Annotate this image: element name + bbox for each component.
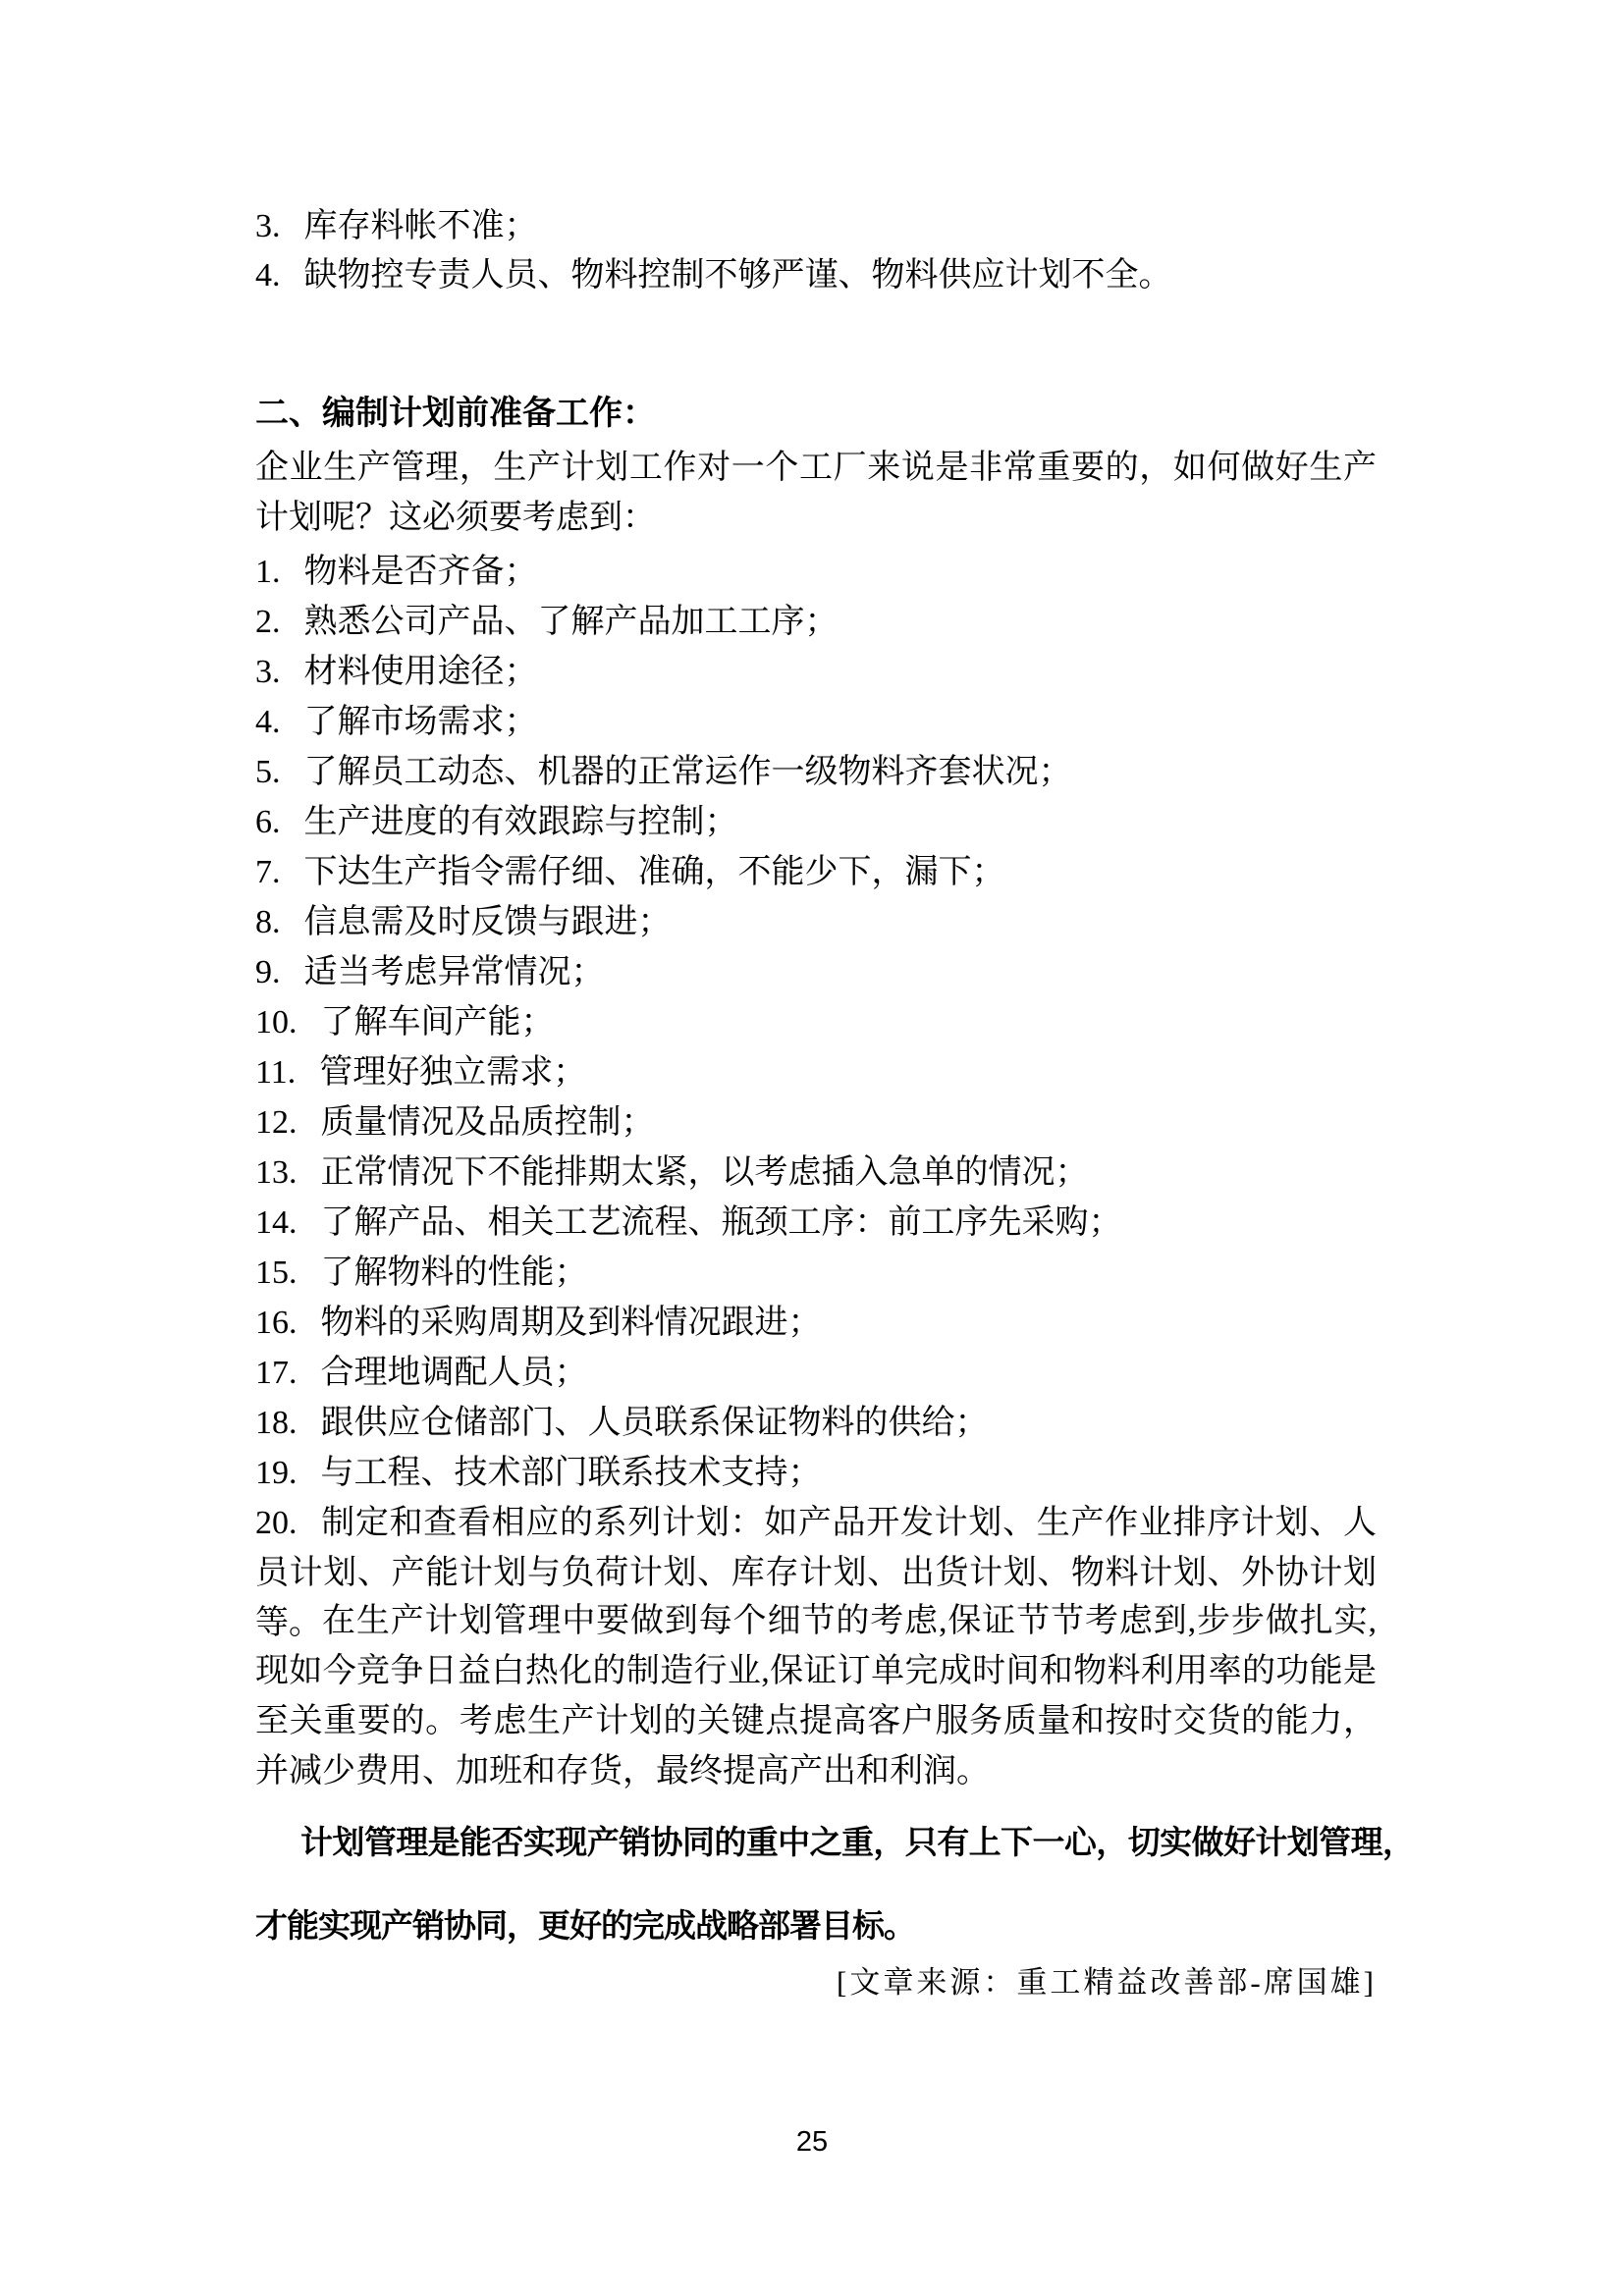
list-item-text: 材料使用途径； (304, 654, 538, 690)
list-item-text: 了解市场需求； (304, 704, 538, 740)
list-item-text: 了解车间产能； (321, 1004, 555, 1041)
list-item: 18.跟供应仓储部门、人员联系保证物料的供给； (255, 1398, 1377, 1448)
list-item: 4.缺物控专责人员、物料控制不够严谨、物料供应计划不全。 (255, 251, 1377, 300)
list-item-text: 了解员工动态、机器的正常运作一级物料齐套状况； (304, 754, 1072, 790)
list-item-number: 5. (255, 754, 281, 790)
list-item-number: 11. (255, 1054, 296, 1091)
list-item-text: 了解产品、相关工艺流程、瓶颈工序：前工序先采购； (321, 1204, 1122, 1241)
document-page: 3.库存料帐不准； 4.缺物控专责人员、物料控制不够严谨、物料供应计划不全。 二… (0, 0, 1624, 2296)
section-intro-paragraph: 企业生产管理，生产计划工作对一个工厂来说是非常重要的，如何做好生产计划呢？这必须… (255, 443, 1377, 543)
list-item-text: 了解物料的性能； (321, 1255, 588, 1291)
list-item-number: 20. (255, 1505, 298, 1541)
section-heading: 二、编制计划前准备工作： (255, 389, 1377, 440)
list-item: 10.了解车间产能； (255, 997, 1377, 1047)
list-item-number: 14. (255, 1204, 298, 1241)
list-item-text: 合理地调配人员； (321, 1355, 588, 1391)
list-item-text: 与工程、技术部门联系技术支持； (321, 1455, 822, 1491)
list-item: 11.管理好独立需求； (255, 1047, 1377, 1097)
list-item: 5.了解员工动态、机器的正常运作一级物料齐套状况； (255, 747, 1377, 797)
list-item: 7.下达生产指令需仔细、准确，不能少下，漏下； (255, 847, 1377, 897)
list-item-number: 7. (255, 854, 281, 890)
list-item-text: 熟悉公司产品、了解产品加工工序； (304, 604, 839, 640)
list-item-number: 15. (255, 1255, 298, 1291)
list-item-text: 适当考虑异常情况； (304, 954, 605, 990)
list-item-number: 19. (255, 1455, 298, 1491)
list-item: 14.了解产品、相关工艺流程、瓶颈工序：前工序先采购； (255, 1198, 1377, 1248)
list-item-number: 16. (255, 1305, 298, 1341)
list-item-number: 9. (255, 954, 281, 990)
list-item-text: 库存料帐不准； (304, 208, 538, 244)
list-item-text: 物料是否齐备； (304, 554, 538, 590)
list-item: 17.合理地调配人员； (255, 1348, 1377, 1398)
summary-paragraph: 在生产计划管理中要做到每个细节的考虑,保证节节考虑到,步步做扎实,现如今竞争日益… (255, 1596, 1377, 1796)
list-item-number: 17. (255, 1355, 298, 1391)
list-item: 6.生产进度的有效跟踪与控制； (255, 797, 1377, 847)
page-number: 25 (0, 2126, 1624, 2159)
list-item-number: 3. (255, 208, 281, 244)
list-item-text: 生产进度的有效跟踪与控制； (304, 804, 738, 840)
list-item-number: 4. (255, 257, 281, 294)
list-item: 15.了解物料的性能； (255, 1248, 1377, 1298)
carryover-list: 3.库存料帐不准； 4.缺物控专责人员、物料控制不够严谨、物料供应计划不全。 (255, 202, 1377, 300)
list-item-number: 10. (255, 1004, 298, 1041)
list-item-number: 1. (255, 554, 281, 590)
list-item-number: 4. (255, 704, 281, 740)
list-item: 12.质量情况及品质控制； (255, 1097, 1377, 1148)
list-item-text: 管理好独立需求； (319, 1054, 586, 1091)
list-item-number: 6. (255, 804, 281, 840)
list-item-number: 12. (255, 1104, 298, 1141)
list-item-number: 13. (255, 1154, 298, 1191)
list-item: 9.适当考虑异常情况； (255, 947, 1377, 997)
list-item-text: 跟供应仓储部门、人员联系保证物料的供给； (321, 1405, 989, 1441)
list-item: 19.与工程、技术部门联系技术支持； (255, 1448, 1377, 1498)
list-item-number: 3. (255, 654, 281, 690)
list-item-text: 物料的采购周期及到料情况跟进； (321, 1305, 822, 1341)
list-item-number: 2. (255, 604, 281, 640)
list-item: 13.正常情况下不能排期太紧，以考虑插入急单的情况； (255, 1148, 1377, 1198)
preparation-checklist: 1.物料是否齐备； 2.熟悉公司产品、了解产品加工工序； 3.材料使用途径； 4… (255, 547, 1377, 1648)
list-item-text: 质量情况及品质控制； (321, 1104, 655, 1141)
list-item: 8.信息需及时反馈与跟进； (255, 897, 1377, 947)
list-item: 2.熟悉公司产品、了解产品加工工序； (255, 597, 1377, 647)
list-item: 3.库存料帐不准； (255, 202, 1377, 251)
emphasis-paragraph: 计划管理是能否实现产销协同的重中之重，只有上下一心，切实做好计划管理，才能实现产… (255, 1800, 1414, 1967)
list-item: 16.物料的采购周期及到料情况跟进； (255, 1298, 1377, 1348)
list-item-text: 正常情况下不能排期太紧，以考虑插入急单的情况； (321, 1154, 1089, 1191)
list-item: 1.物料是否齐备； (255, 547, 1377, 597)
list-item-text: 下达生产指令需仔细、准确，不能少下，漏下； (304, 854, 1005, 890)
list-item-number: 18. (255, 1405, 298, 1441)
list-item-text: 信息需及时反馈与跟进； (304, 904, 672, 940)
list-item-text: 缺物控专责人员、物料控制不够严谨、物料供应计划不全。 (304, 257, 1172, 294)
list-item: 4.了解市场需求； (255, 697, 1377, 747)
list-item-number: 8. (255, 904, 281, 940)
source-attribution: [文章来源：重工精益改善部-席国雄] (255, 1963, 1377, 2002)
list-item: 3.材料使用途径； (255, 647, 1377, 697)
